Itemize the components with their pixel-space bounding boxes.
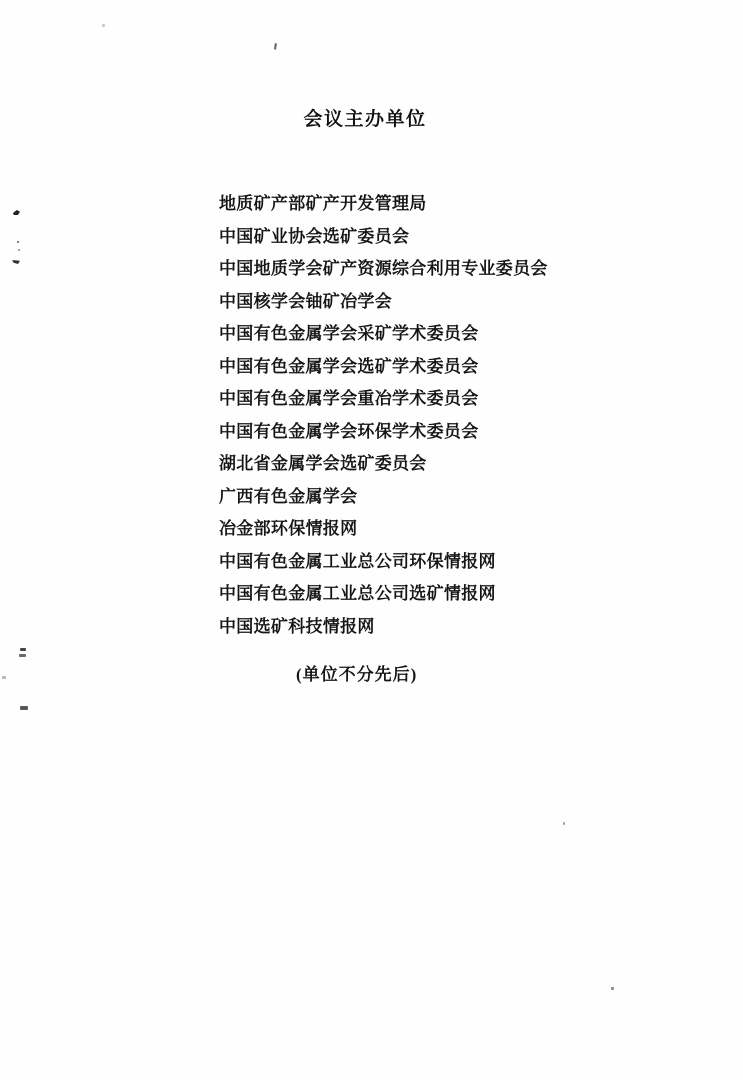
scan-speck [13, 210, 20, 215]
scan-speck [18, 249, 20, 251]
list-item: 中国有色金属工业总公司选矿情报网 [219, 578, 548, 611]
list-item: 中国地质学会矿产资源综合利用专业委员会 [219, 253, 548, 286]
list-item: 中国有色金属学会环保学术委员会 [219, 416, 548, 449]
scan-speck [17, 241, 19, 243]
list-item: 中国有色金属工业总公司环保情报网 [219, 546, 548, 579]
list-item: 中国有色金属学会采矿学术委员会 [219, 318, 548, 351]
scan-speck [563, 822, 565, 825]
list-item: 中国有色金属学会重冶学术委员会 [219, 383, 548, 416]
list-item: 中国矿业协会选矿委员会 [219, 221, 548, 254]
scanned-document-page: 会议主办单位 地质矿产部矿产开发管理局 中国矿业协会选矿委员会 中国地质学会矿产… [0, 0, 743, 1080]
scan-speck [274, 43, 277, 50]
page-title: 会议主办单位 [0, 104, 730, 131]
list-item: 中国有色金属学会选矿学术委员会 [219, 351, 548, 384]
scan-speck [20, 706, 28, 710]
scan-speck [102, 24, 105, 27]
list-item: 广西有色金属学会 [219, 481, 548, 514]
scan-speck [2, 676, 6, 679]
scan-speck [12, 260, 20, 264]
list-item: 冶金部环保情报网 [219, 513, 548, 546]
scan-speck [19, 654, 26, 657]
organizer-list: 地质矿产部矿产开发管理局 中国矿业协会选矿委员会 中国地质学会矿产资源综合利用专… [219, 188, 548, 643]
list-item: 中国选矿科技情报网 [219, 611, 548, 644]
list-item: 湖北省金属学会选矿委员会 [219, 448, 548, 481]
list-item: 地质矿产部矿产开发管理局 [219, 188, 548, 221]
scan-speck [611, 987, 614, 990]
list-item: 中国核学会铀矿冶学会 [219, 286, 548, 319]
footnote: (单位不分先后) [296, 660, 417, 685]
scan-speck [20, 648, 26, 651]
